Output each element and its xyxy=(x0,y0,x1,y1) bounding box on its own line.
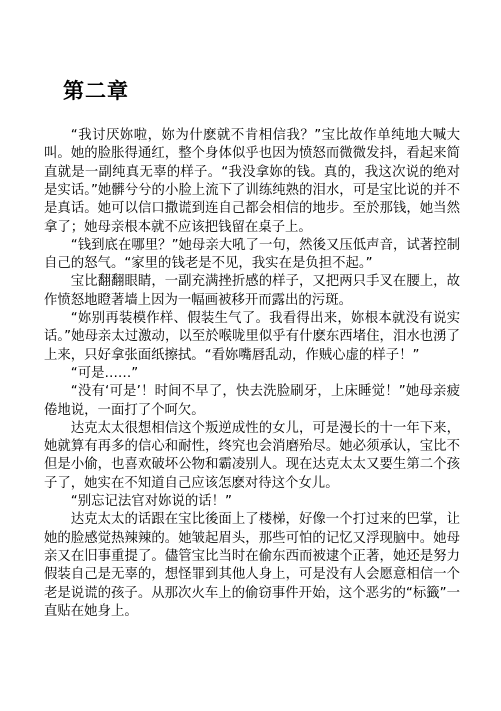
book-page: 第二章 “我讨厌妳啦，妳为什麽就不肯相信我？”宝比故作单纯地大喊大叫。她的脸胀得… xyxy=(0,0,501,711)
chapter-title: 第二章 xyxy=(63,80,460,103)
paragraph: “没有‘可是’！时间不早了，快去洗脸刷牙，上床睡觉！”她母亲疲倦地说，一面打了个… xyxy=(44,383,460,420)
paragraph: 达克太太的话跟在宝比後面上了楼梯，好像一个打过来的巴掌，让她的脸感觉热辣辣的。她… xyxy=(44,511,460,621)
paragraph: “别忘记法官对妳说的话！” xyxy=(44,493,460,511)
paragraph: 宝比翻翻眼睛，一副充满挫折感的样子，又把两只手叉在腰上，故作愤怒地瞪著墙上因为一… xyxy=(44,273,460,310)
chapter-text: “我讨厌妳啦，妳为什麽就不肯相信我？”宝比故作单纯地大喊大叫。她的脸胀得通红，整… xyxy=(44,127,460,621)
paragraph: 达克太太很想相信这个叛逆成性的女儿，可是漫长的十一年下来，她就算有再多的信心和耐… xyxy=(44,420,460,493)
paragraph: “我讨厌妳啦，妳为什麽就不肯相信我？”宝比故作单纯地大喊大叫。她的脸胀得通红，整… xyxy=(44,127,460,237)
paragraph: “妳别再装模作样、假装生气了。我看得出来，妳根本就没有说实话。”她母亲太过激动，… xyxy=(44,310,460,365)
paragraph: “钱到底在哪里？”她母亲大吼了一句，然後又压低声音，试著控制自己的怒气。“家里的… xyxy=(44,237,460,274)
paragraph: “可是……” xyxy=(44,365,460,383)
